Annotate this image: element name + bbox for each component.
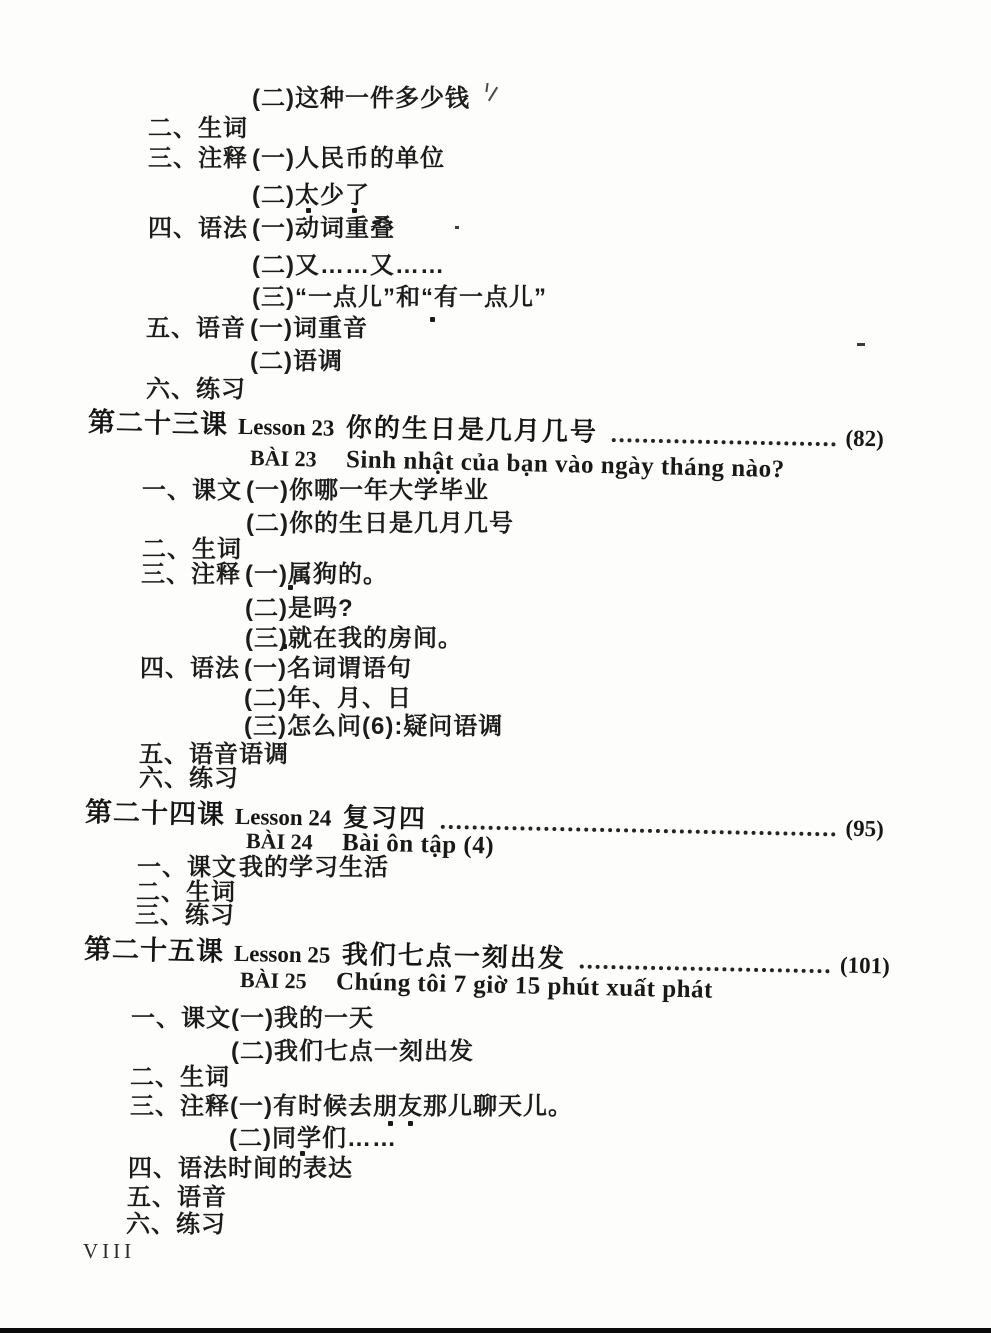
pencil-mark [485, 83, 488, 92]
dotted-leader [612, 438, 836, 446]
toc-row: (二)又……又…… [148, 251, 445, 281]
section-item: (二)你的生日是几月几号 [246, 509, 514, 539]
section-item: (一)你哪一年大学毕业 [246, 476, 489, 506]
toc-row: 四、语法时间的表达 [128, 1154, 353, 1184]
pencil-mark [488, 87, 498, 102]
dotted-leader [580, 965, 830, 974]
section-item: (一)动词重叠 [252, 214, 395, 244]
toc-row: (三)怎么问(6):疑问语调 [140, 712, 503, 742]
footer-page-number: VIII [83, 1238, 135, 1264]
section-item: (一)名词谓语句 [244, 654, 412, 684]
section-label: 三、注释 [141, 560, 245, 590]
section-label: 二、生词 [148, 114, 252, 144]
toc-row: (二)是吗? [141, 594, 354, 624]
section-label: 六、练习 [126, 1210, 226, 1240]
section-item: (一)我的一天 [231, 1004, 374, 1034]
section-item: (二)太少了 [252, 181, 370, 211]
toc-row: 三、练习 [135, 901, 237, 931]
section-item: (三)就在我的房间。 [245, 624, 463, 654]
page-number: (101) [840, 949, 890, 984]
toc-row: 一、课文(一)我的一天 [131, 1004, 374, 1034]
toc-row: 三、注释(一)属狗的。 [141, 560, 388, 590]
lesson-title-cn: 你的生日是几月几号 [346, 410, 599, 449]
section-item: (三)怎么问(6):疑问语调 [244, 712, 503, 742]
toc-row: (二)语调 [146, 347, 343, 377]
toc-row: (二)这种一件多少钱 [148, 84, 470, 114]
scan-speck [455, 226, 459, 229]
emphasis-dot [408, 1121, 413, 1126]
scan-bottom-edge [0, 1328, 991, 1333]
section-item: (二)年、月、日 [244, 684, 412, 714]
toc-row: 六、练习 [139, 764, 239, 794]
section-item: (二)这种一件多少钱 [252, 84, 470, 114]
toc-row: 六、练习 [126, 1210, 226, 1240]
section-item: (一)人民币的单位 [252, 144, 445, 174]
toc-row: 三、注释(一)人民币的单位 [148, 144, 445, 174]
toc-row: (三)就在我的房间。 [141, 624, 463, 654]
scan-speck [857, 343, 865, 346]
section-label: 五、语音 [127, 1183, 227, 1213]
section-label: 二、生词 [130, 1063, 230, 1093]
section-item: (二)我们七点一刻出发 [231, 1037, 474, 1067]
section-item: (一)属狗的。 [245, 560, 388, 590]
lesson-label: Lesson 23 [238, 410, 347, 446]
emphasis-dot [306, 208, 311, 213]
chapter-label: 第二十四课 [85, 795, 236, 832]
section-item: 语调 [239, 740, 289, 770]
section-label: 六、练习 [139, 764, 239, 794]
section-label: 三、注释 [148, 144, 252, 174]
section-label: 一、课文 [131, 1004, 231, 1034]
section-item: (一)词重音 [250, 314, 368, 344]
toc-row: (二)同学们…… [129, 1124, 397, 1154]
section-item: 时间的表达 [228, 1154, 353, 1184]
emphasis-dot [352, 208, 357, 213]
toc-row: 三、注释(一)有时候去朋友那儿聊天儿。 [130, 1092, 573, 1122]
section-item: (二)同学们…… [229, 1124, 397, 1154]
section-label: 四、语法 [148, 214, 252, 244]
section-item: 我的学习生活 [239, 853, 389, 883]
section-label: 三、练习 [135, 901, 237, 931]
emphasis-dot [282, 644, 287, 649]
toc-row: 二、生词 [130, 1063, 230, 1093]
page-number: (95) [845, 812, 884, 847]
section-label: 一、课文 [142, 476, 246, 506]
section-item: (一)有时候去朋友那儿聊天儿。 [230, 1092, 573, 1122]
bai-label: BÀI 23 [250, 443, 347, 475]
toc-row: (三)“一点儿”和“有一点儿” [148, 283, 547, 313]
section-label: 五、语音 [146, 314, 250, 344]
toc-row: (二)年、月、日 [140, 684, 412, 714]
section-label: 六、练习 [146, 375, 250, 405]
toc-row: (二)太少了 [148, 181, 370, 211]
section-label: 三、注释 [130, 1092, 230, 1122]
section-label: 四、语法 [140, 654, 244, 684]
section-item: (三)“一点儿”和“有一点儿” [252, 283, 547, 313]
chapter-label: 第二十五课 [84, 932, 235, 969]
section-label: 四、语法 [128, 1154, 228, 1184]
scanned-toc-page: (二)这种一件多少钱 二、生词 三、注释(一)人民币的单位 (二)太少了 四、语… [0, 0, 991, 1333]
section-item: (二)语调 [250, 347, 343, 377]
chapter-label: 第二十三课 [88, 405, 239, 442]
toc-row: 五、语音(一)词重音 [146, 314, 368, 344]
emphasis-dot [388, 1121, 393, 1126]
section-item: (二)又……又…… [252, 251, 445, 281]
toc-row: 四、语法(一)动词重叠 [148, 214, 395, 244]
dotted-leader [441, 825, 836, 837]
bai-label: BÀI 25 [240, 965, 337, 997]
toc-row: 六、练习 [146, 375, 250, 405]
toc-row: 五、语音 [127, 1183, 227, 1213]
emphasis-dot [300, 1151, 305, 1156]
toc-row: 一、课文(一)你哪一年大学毕业 [142, 476, 489, 506]
emphasis-dot [430, 317, 435, 322]
toc-row: 四、语法(一)名词谓语句 [140, 654, 412, 684]
toc-row: 二、生词 [148, 114, 252, 144]
emphasis-dot [288, 585, 293, 590]
page-number: (82) [845, 422, 884, 457]
section-item: (二)是吗? [245, 594, 354, 624]
